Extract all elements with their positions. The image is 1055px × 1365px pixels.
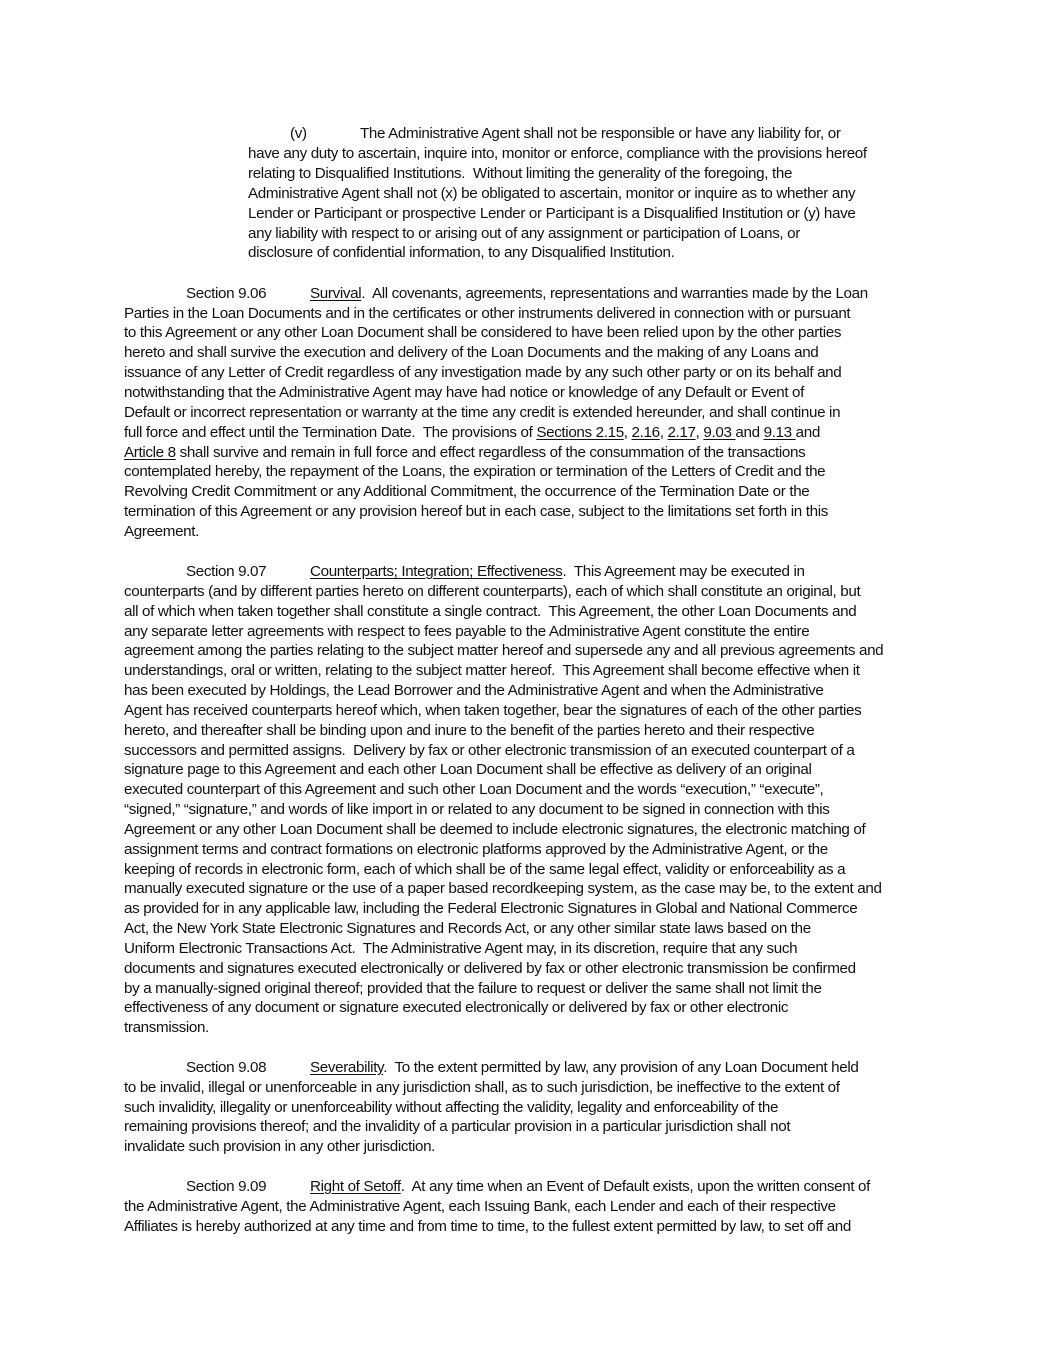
- text-line: notwithstanding that the Administrative …: [124, 383, 804, 403]
- text-line: successors and permitted assigns. Delive…: [124, 741, 854, 761]
- text-line: . All covenants, agreements, representat…: [361, 285, 868, 302]
- text-line: all of which when taken together shall c…: [124, 602, 856, 622]
- text-line: Revolving Credit Commitment or any Addit…: [124, 482, 809, 502]
- section-heading-line: Section 9.08Severability. To the extent …: [186, 1058, 859, 1078]
- section-title: Counterparts; Integration; Effectiveness: [310, 563, 563, 580]
- text-line: . This Agreement may be executed in: [563, 563, 805, 580]
- text-line: . At any time when an Event of Default e…: [401, 1178, 870, 1195]
- text-line: agreement among the parties relating to …: [124, 641, 883, 661]
- text-line: hereto, and thereafter shall be binding …: [124, 721, 814, 741]
- section-number: Section 9.07: [186, 562, 310, 582]
- text-line: “signed,” “signature,” and words of like…: [124, 800, 830, 820]
- text-line: any liability with respect to or arising…: [248, 224, 800, 244]
- article-reference-line: Article 8 shall survive and remain in fu…: [124, 443, 805, 463]
- text-line: disclosure of confidential information, …: [248, 243, 674, 263]
- text-line: Affiliates is hereby authorized at any t…: [124, 1217, 851, 1237]
- text-line: documents and signatures executed electr…: [124, 959, 856, 979]
- text-fragment: ,: [624, 424, 632, 441]
- text-line: effectiveness of any document or signatu…: [124, 998, 788, 1018]
- text-line: assignment terms and contract formations…: [124, 840, 828, 860]
- text-line: Uniform Electronic Transactions Act. The…: [124, 939, 797, 959]
- text-line: termination of this Agreement or any pro…: [124, 502, 828, 522]
- section-number: Section 9.06: [186, 284, 310, 304]
- subsection-label: (v): [290, 124, 360, 144]
- text-line: to this Agreement or any other Loan Docu…: [124, 323, 841, 343]
- section-heading-line: Section 9.09Right of Setoff. At any time…: [186, 1177, 870, 1197]
- text-line: signature page to this Agreement and eac…: [124, 760, 812, 780]
- document-page: (v)The Administrative Agent shall not be…: [0, 0, 1055, 1365]
- xref-2-16: 2.16: [632, 424, 660, 441]
- text-line: The Administrative Agent shall not be re…: [360, 125, 841, 142]
- text-line: Act, the New York State Electronic Signa…: [124, 919, 811, 939]
- xref-sections-2-15: Sections 2.15: [536, 424, 623, 441]
- section-title: Right of Setoff: [310, 1178, 401, 1195]
- text-line: as provided for in any applicable law, i…: [124, 899, 857, 919]
- section-title: Severability: [310, 1059, 383, 1076]
- text-fragment: shall survive and remain in full force a…: [176, 444, 806, 461]
- text-line: Default or incorrect representation or w…: [124, 403, 840, 423]
- section-number: Section 9.08: [186, 1058, 310, 1078]
- xref-9-03: 9.03: [703, 424, 735, 441]
- text-line: Lender or Participant or prospective Len…: [248, 204, 855, 224]
- cross-reference-line: full force and effect until the Terminat…: [124, 423, 820, 443]
- text-line: issuance of any Letter of Credit regardl…: [124, 363, 841, 383]
- xref-9-13: 9.13: [764, 424, 796, 441]
- text-line: any separate letter agreements with resp…: [124, 622, 809, 642]
- text-fragment: and: [796, 424, 820, 441]
- text-line: the Administrative Agent, the Administra…: [124, 1197, 836, 1217]
- text-line: remaining provisions thereof; and the in…: [124, 1117, 790, 1137]
- text-line: hereto and shall survive the execution a…: [124, 343, 818, 363]
- text-line: Agreement or any other Loan Document sha…: [124, 820, 865, 840]
- text-line: by a manually-signed original thereof; p…: [124, 979, 822, 999]
- xref-article-8: Article 8: [124, 444, 176, 461]
- text-line: to be invalid, illegal or unenforceable …: [124, 1078, 840, 1098]
- text-line: . To the extent permitted by law, any pr…: [383, 1059, 858, 1076]
- text-line: relating to Disqualified Institutions. W…: [248, 164, 792, 184]
- section-title: Survival: [310, 285, 361, 302]
- text-fragment: and: [735, 424, 763, 441]
- text-line: contemplated hereby, the repayment of th…: [124, 462, 825, 482]
- text-line: executed counterpart of this Agreement a…: [124, 780, 823, 800]
- text-line: such invalidity, illegality or unenforce…: [124, 1098, 778, 1118]
- section-heading-line: Section 9.06Survival. All covenants, agr…: [186, 284, 868, 304]
- text-line: understandings, oral or written, relatin…: [124, 661, 860, 681]
- section-number: Section 9.09: [186, 1177, 310, 1197]
- text-line: Agent has received counterparts hereof w…: [124, 701, 861, 721]
- text-line: Parties in the Loan Documents and in the…: [124, 304, 850, 324]
- xref-2-17: 2.17: [667, 424, 695, 441]
- text-line: manually executed signature or the use o…: [124, 879, 882, 899]
- text-line: has been executed by Holdings, the Lead …: [124, 681, 823, 701]
- text-line: invalidate such provision in any other j…: [124, 1137, 435, 1157]
- text-line: have any duty to ascertain, inquire into…: [248, 144, 867, 164]
- text-line: Agreement.: [124, 522, 199, 542]
- text-line: keeping of records in electronic form, e…: [124, 860, 845, 880]
- text-fragment: full force and effect until the Terminat…: [124, 424, 536, 441]
- section-heading-line: Section 9.07Counterparts; Integration; E…: [186, 562, 805, 582]
- text-line: counterparts (and by different parties h…: [124, 582, 860, 602]
- text-line: Administrative Agent shall not (x) be ob…: [248, 184, 855, 204]
- text-line: transmission.: [124, 1018, 209, 1038]
- subsection-v-first-line: (v)The Administrative Agent shall not be…: [290, 124, 841, 144]
